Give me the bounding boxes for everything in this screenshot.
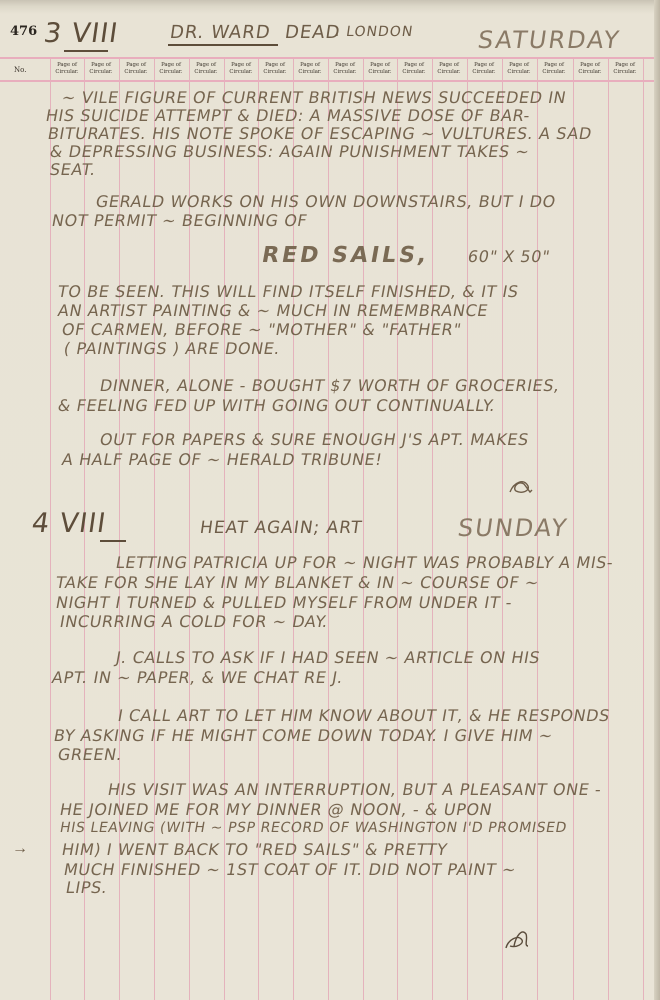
page-of-circular-header: Page ofCircular. [119,62,153,75]
artwork-title: RED SAILS, [260,243,432,268]
margin-arrow-icon: → [12,840,28,858]
page-of-circular-header: Page ofCircular. [84,62,118,75]
entry-2-p4-line: HIS VISIT WAS AN INTERRUPTION, BUT A PLE… [106,780,603,799]
entry-1-p1-line: SEAT. [48,160,97,179]
entry-2-p4-line: MUCH FINISHED ~ 1ST COAT OF IT. DID NOT … [62,860,517,879]
ledger-page: 476 3 VIII DR. WARD DEAD : LONDON SATURD… [0,0,660,1000]
entry-1-p5-line: A HALF PAGE OF ~ HERALD TRIBUNE! [60,450,384,469]
page-of-circular-header: Page ofCircular. [363,62,397,75]
page-of-circular-header: Page ofCircular. [573,62,607,75]
signature-mark-icon [504,928,532,950]
entry-2-p1-line: LETTING PATRICIA UP FOR ~ NIGHT WAS PROB… [114,553,615,572]
page-of-circular-header: Page ofCircular. [154,62,188,75]
entry-2-p1-line: TAKE FOR SHE LAY IN MY BLANKET & IN ~ CO… [54,573,540,592]
entry-1-p1-line: BITURATES. HIS NOTE SPOKE OF ESCAPING ~ … [46,124,593,143]
entry-2-p2-line: J. CALLS TO ASK IF I HAD SEEN ~ ARTICLE … [114,648,542,667]
column-rule [608,57,609,1000]
number-column-header: No. [14,66,26,74]
signature-mark-icon [508,474,536,496]
entry-2-p4-line: HIM) I WENT BACK TO "RED SAILS" & PRETTY [60,840,449,859]
page-of-circular-header: Page ofCircular. [224,62,258,75]
entry-1-title-place: : LONDON [334,24,414,40]
entry-1-p1-line: ~ VILE FIGURE OF CURRENT BRITISH NEWS SU… [60,88,568,107]
entry-1-p5-line: OUT FOR PAPERS & SURE ENOUGH J'S APT. MA… [98,430,530,449]
entry-2-title: HEAT AGAIN; ART [199,518,364,538]
entry-1-p3-line: TO BE SEEN. THIS WILL FIND ITSELF FINISH… [56,282,520,301]
entry-2-weekday: SUNDAY [456,514,570,542]
entry-1-p2-line: GERALD WORKS ON HIS OWN DOWNSTAIRS, BUT … [94,192,557,211]
page-of-circular-header: Page ofCircular. [50,62,84,75]
entry-2-p1-line: INCURRING A COLD FOR ~ DAY. [58,612,330,631]
entry-2-p1-line: NIGHT I TURNED & PULLED MYSELF FROM UNDE… [54,593,514,612]
page-of-circular-header: Page ofCircular. [397,62,431,75]
entry-1-p4-line: DINNER, ALONE - BOUGHT $7 WORTH OF GROCE… [98,376,561,395]
entry-2-p4-line: HIS LEAVING (WITH ~ PSP RECORD OF WASHIN… [59,820,569,836]
entry-2-date: 4 VIII [30,508,108,539]
page-number: 476 [10,24,37,39]
entry-1-p3-line: AN ARTIST PAINTING & ~ MUCH IN REMEMBRAN… [56,301,489,320]
entry-1-p3-line: ( PAINTINGS ) ARE DONE. [62,339,282,358]
entry-1-weekday: SATURDAY [476,26,622,54]
date-underline [64,50,108,52]
page-of-circular-header: Page ofCircular. [293,62,327,75]
page-of-circular-header: Page ofCircular. [258,62,292,75]
entry-1-p4-line: & FEELING FED UP WITH GOING OUT CONTINUA… [56,396,497,415]
header-rule-bottom [0,80,654,82]
entry-1-p2-line: NOT PERMIT ~ BEGINNING OF [50,211,309,230]
entry-1-p1-line: HIS SUICIDE ATTEMPT & DIED: A MASSIVE DO… [44,106,532,125]
date-underline [100,540,126,542]
page-of-circular-header: Page ofCircular. [608,62,642,75]
page-of-circular-header: Page ofCircular. [467,62,501,75]
entry-2-p2-line: APT. IN ~ PAPER, & WE CHAT RE J. [50,668,345,687]
entry-1-p3-line: OF CARMEN, BEFORE ~ "MOTHER" & "FATHER" [60,320,463,339]
entry-2-p3-line: I CALL ART TO LET HIM KNOW ABOUT IT, & H… [116,706,611,725]
column-rule [643,57,644,1000]
entry-1-p1-line: & DEPRESSING BUSINESS: AGAIN PUNISHMENT … [48,142,531,161]
column-rule [573,57,574,1000]
entry-2-p3-line: BY ASKING IF HE MIGHT COME DOWN TODAY. I… [52,726,554,745]
entry-2-p4-line: HE JOINED ME FOR MY DINNER @ NOON, - & U… [58,800,494,819]
entry-2-p4-line: LIPS. [64,878,109,897]
page-of-circular-header: Page ofCircular. [432,62,466,75]
page-of-circular-header: Page ofCircular. [189,62,223,75]
title-underline [168,44,278,46]
entry-1-title-name: DR. WARD [169,22,273,43]
artwork-size: 60" x 50" [466,247,551,266]
entry-2-p3-line: GREEN. [56,745,124,764]
entry-1-date: 3 VIII [42,18,120,49]
header-rule-top [0,57,654,59]
page-of-circular-header: Page ofCircular. [328,62,362,75]
page-of-circular-header: Page ofCircular. [502,62,536,75]
page-of-circular-header: Page ofCircular. [537,62,571,75]
